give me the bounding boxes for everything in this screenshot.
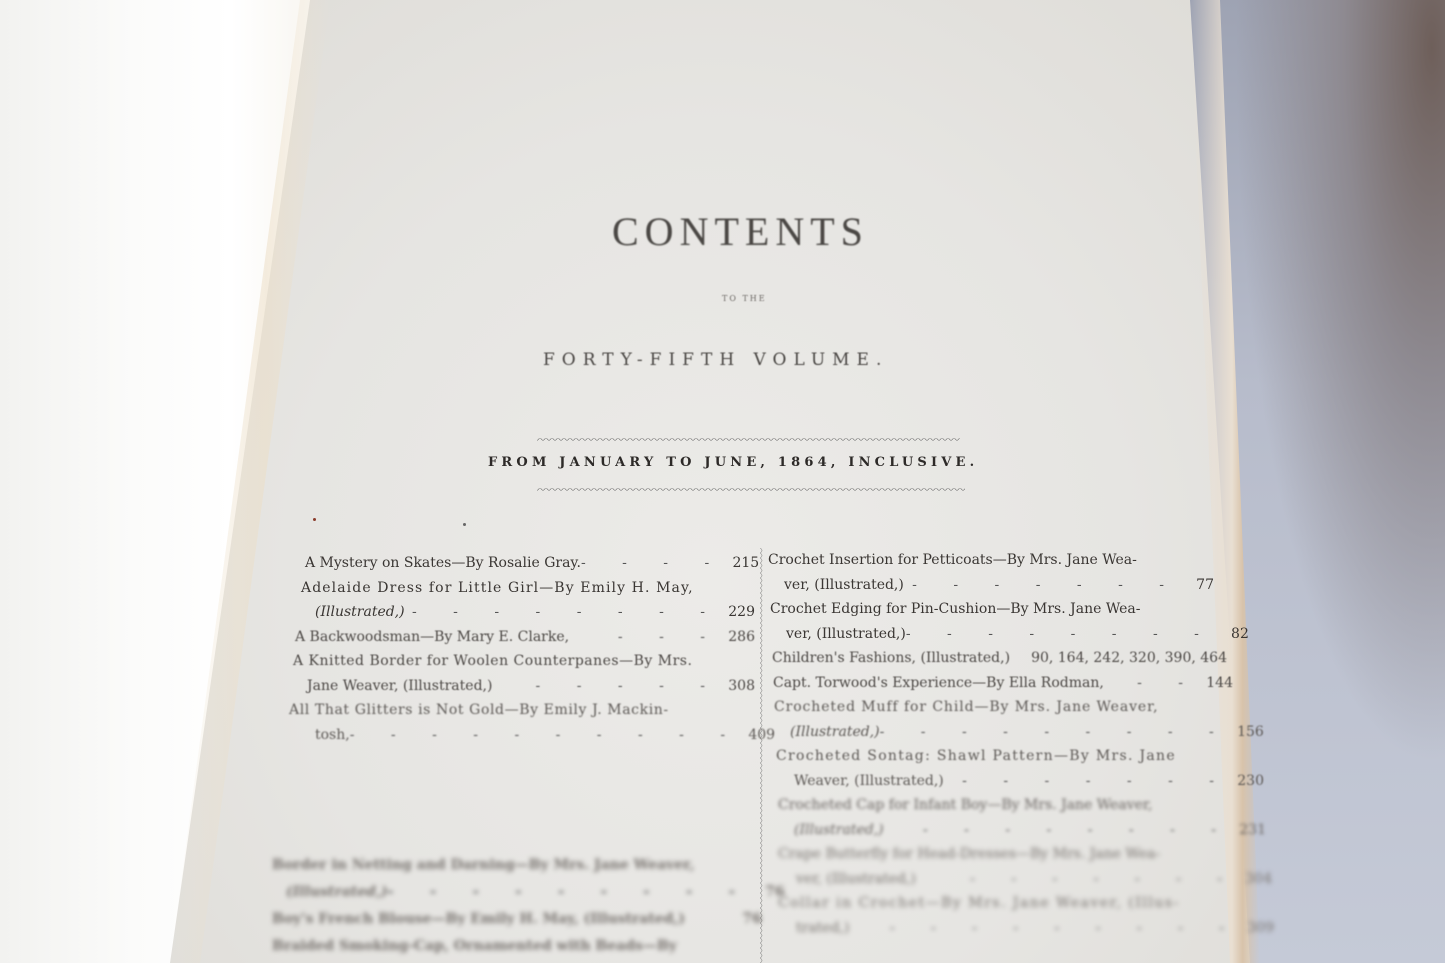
entry-subtitle: ver, (Illustrated,) [784, 573, 904, 598]
contents-right-column: Crochet Insertion for Petticoats—By Mrs.… [768, 548, 1228, 940]
dot-leader: - - - - - - - - [405, 600, 727, 625]
entry-subtitle: Weaver, (Illustrated,) [794, 769, 944, 794]
page-number: 308 [727, 674, 755, 699]
toc-entry: Boy's French Blouse—By Emily H. May, (Il… [272, 906, 762, 933]
dot-leader: - - - - - - - [916, 867, 1244, 892]
printed-contents: CONTENTS TO THE FORTY-FIFTH VOLUME. FROM… [0, 0, 1445, 963]
toc-entry: Adelaide Dress for Little Girl—By Emily … [285, 576, 755, 625]
page-number: 215 [731, 551, 759, 576]
entry-title: A Backwoodsman—By Mary E. Clarke, [295, 625, 569, 650]
dot-leader: - - - - - - - - - - [350, 723, 747, 748]
dot-leader: - - - - - - - - - [387, 879, 756, 906]
page-number: 82 [1221, 622, 1249, 647]
entry-title: Crochet Edging for Pin-Cushion—By Mrs. J… [770, 597, 1140, 622]
dot-leader: - - - - - - - [904, 573, 1186, 598]
toc-entry: A Knitted Border for Woolen Counterpanes… [285, 649, 755, 698]
toc-entry: Capt. Torwood's Experience—By Ella Rodma… [768, 671, 1228, 696]
toc-entry: All That Glitters is Not Gold—By Emily J… [285, 698, 755, 747]
dot-leader: - - - [569, 625, 727, 650]
entry-subtitle: (Illustrated,) [794, 818, 884, 843]
dot-leader: - - - - - - - [944, 769, 1236, 794]
dot-leader: - - - - - - - - [906, 622, 1221, 647]
entry-subtitle: (Illustrated,) [315, 600, 405, 625]
entry-title: Crochet Insertion for Petticoats—By Mrs.… [768, 548, 1137, 573]
page-number: 77 [1186, 573, 1214, 598]
page-number: 286 [727, 625, 755, 650]
entry-subtitle: ver, (Illustrated,) [786, 622, 906, 647]
entry-title: Crape Butterfly for Head-Dresses—By Mrs.… [778, 842, 1160, 867]
entry-title: Crocheted Muff for Child—By Mrs. Jane We… [774, 695, 1159, 720]
toc-entry: Crape Butterfly for Head-Dresses—By Mrs.… [768, 842, 1228, 891]
toc-entry: Crocheted Muff for Child—By Mrs. Jane We… [768, 695, 1228, 744]
toc-entry: Border in Netting and Darning—By Mrs. Ja… [272, 852, 762, 906]
entry-title: Children's Fashions, (Illustrated,) [772, 646, 1010, 671]
dot-leader: - - - - - - - - - [849, 916, 1246, 941]
photo-scene: CONTENTS TO THE FORTY-FIFTH VOLUME. FROM… [0, 0, 1445, 963]
dot-leader: - - - - - [492, 674, 727, 699]
entry-title: Crocheted Cap for Infant Boy—By Mrs. Jan… [778, 793, 1152, 818]
page-number: 144 [1205, 671, 1233, 696]
entry-title: Capt. Torwood's Experience—By Ella Rodma… [773, 671, 1104, 696]
entry-title: Braided Smoking-Cap, Ornamented with Bea… [272, 933, 677, 960]
page-number: 304 [1244, 867, 1272, 892]
dot-leader: - - - - - - - - [884, 818, 1238, 843]
entry-subtitle: tosh, [315, 723, 350, 748]
toc-entry: A Backwoodsman—By Mary E. Clarke, - - - … [285, 625, 755, 650]
ornamental-rule-top [537, 435, 960, 443]
page-number: 231 [1238, 818, 1266, 843]
dot-leader: - - [1104, 671, 1205, 696]
ornamental-rule-bottom [537, 485, 965, 493]
dot-leader: - - - - - - - - - [880, 720, 1236, 745]
toc-entry: Crochet Edging for Pin-Cushion—By Mrs. J… [768, 597, 1228, 646]
title-connector: TO THE [722, 294, 767, 303]
entry-subtitle: trated,) [796, 916, 849, 941]
entry-subtitle: ver, (Illustrated,) [796, 867, 916, 892]
contents-left-lower: Border in Netting and Darning—By Mrs. Ja… [272, 852, 762, 960]
entry-title: Boy's French Blouse—By Emily H. May, (Il… [272, 906, 685, 933]
entry-title: All That Glitters is Not Gold—By Emily J… [289, 698, 669, 723]
page-number: 76 [734, 906, 762, 933]
toc-entry: Collar in Crochet—By Mrs. Jane Weaver, (… [768, 891, 1228, 940]
page-number: 156 [1236, 720, 1264, 745]
toc-entry: Braided Smoking-Cap, Ornamented with Bea… [272, 933, 762, 960]
entry-subtitle: Jane Weaver, (Illustrated,) [307, 674, 492, 699]
ink-speck [313, 518, 316, 521]
toc-entry: Crocheted Cap for Infant Boy—By Mrs. Jan… [768, 793, 1228, 842]
entry-title: Collar in Crochet—By Mrs. Jane Weaver, (… [778, 891, 1180, 916]
toc-entry: Crochet Insertion for Petticoats—By Mrs.… [768, 548, 1228, 597]
volume-heading: FORTY-FIFTH VOLUME. [543, 350, 888, 370]
toc-entry: Crocheted Sontag: Shawl Pattern—By Mrs. … [768, 744, 1228, 793]
dot-leader: - - - - [581, 551, 731, 576]
contents-left-column: A Mystery on Skates—By Rosalie Gray. - -… [285, 551, 755, 747]
page-number: 229 [727, 600, 755, 625]
toc-entry: Children's Fashions, (Illustrated,) 90, … [768, 646, 1228, 671]
entry-title: Border in Netting and Darning—By Mrs. Ja… [272, 852, 694, 879]
page-number: 309 [1246, 916, 1274, 941]
entry-subtitle: (Illustrated,) [790, 720, 880, 745]
entry-title: Adelaide Dress for Little Girl—By Emily … [301, 576, 694, 601]
entry-title: Crocheted Sontag: Shawl Pattern—By Mrs. … [776, 744, 1176, 769]
ink-speck [463, 523, 466, 526]
page-numbers: 90, 164, 242, 320, 390, 464 [1031, 646, 1227, 671]
page-title: CONTENTS [612, 208, 869, 255]
entry-title: A Knitted Border for Woolen Counterpanes… [293, 649, 692, 674]
date-range: FROM JANUARY TO JUNE, 1864, INCLUSIVE. [488, 455, 978, 470]
entry-subtitle: (Illustrated,) [286, 879, 387, 906]
page-number: 230 [1236, 769, 1264, 794]
entry-title: A Mystery on Skates—By Rosalie Gray. [305, 551, 581, 576]
toc-entry: A Mystery on Skates—By Rosalie Gray. - -… [285, 551, 755, 576]
